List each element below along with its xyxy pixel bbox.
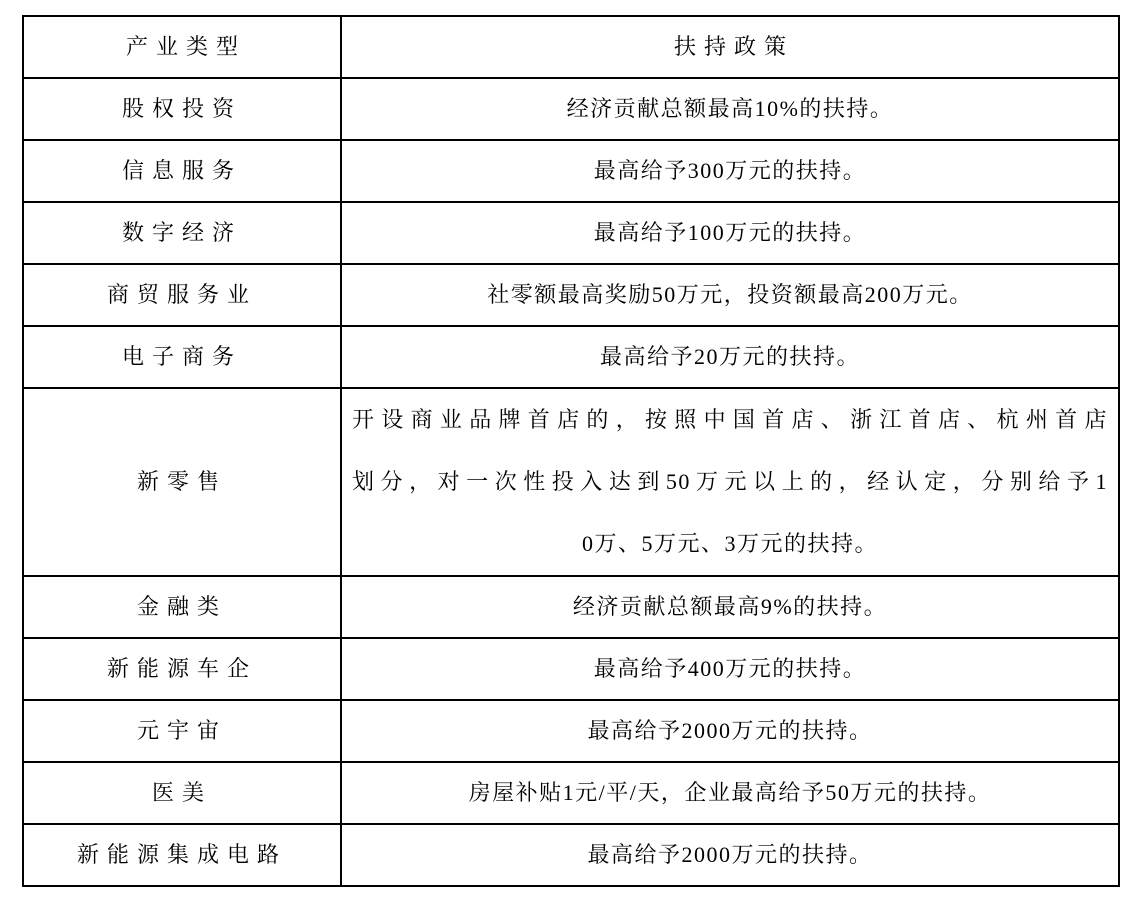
table-row: 医美 房屋补贴1元/平/天，企业最高给予50万元的扶持。	[23, 762, 1119, 824]
industry-cell: 数字经济	[23, 202, 341, 264]
industry-cell: 新能源集成电路	[23, 824, 341, 886]
table-row: 金融类 经济贡献总额最高9%的扶持。	[23, 576, 1119, 638]
document-page: 产业类型 扶持政策 股权投资 经济贡献总额最高10%的扶持。 信息服务 最高给予…	[0, 0, 1146, 900]
policy-cell: 最高给予20万元的扶持。	[341, 326, 1119, 388]
policy-cell: 最高给予2000万元的扶持。	[341, 824, 1119, 886]
table-row: 新能源集成电路 最高给予2000万元的扶持。	[23, 824, 1119, 886]
policy-cell: 经济贡献总额最高10%的扶持。	[341, 78, 1119, 140]
industry-cell: 新零售	[23, 388, 341, 576]
industry-cell: 金融类	[23, 576, 341, 638]
policy-cell: 经济贡献总额最高9%的扶持。	[341, 576, 1119, 638]
table-row: 电子商务 最高给予20万元的扶持。	[23, 326, 1119, 388]
policy-cell: 最高给予100万元的扶持。	[341, 202, 1119, 264]
table-row: 元宇宙 最高给予2000万元的扶持。	[23, 700, 1119, 762]
support-policy-header: 扶持政策	[341, 16, 1119, 78]
policy-cell: 最高给予400万元的扶持。	[341, 638, 1119, 700]
table-row: 新零售 开设商业品牌首店的，按照中国首店、浙江首店、杭州首店 划分，对一次性投入…	[23, 388, 1119, 576]
policy-line: 0万、5万元、3万元的扶持。	[352, 513, 1108, 575]
table-row: 数字经济 最高给予100万元的扶持。	[23, 202, 1119, 264]
policy-cell: 社零额最高奖励50万元，投资额最高200万元。	[341, 264, 1119, 326]
policy-line: 划分，对一次性投入达到50万元以上的，经认定，分别给予1	[352, 451, 1108, 513]
industry-cell: 股权投资	[23, 78, 341, 140]
table-row: 信息服务 最高给予300万元的扶持。	[23, 140, 1119, 202]
table-row: 股权投资 经济贡献总额最高10%的扶持。	[23, 78, 1119, 140]
industry-cell: 信息服务	[23, 140, 341, 202]
policy-cell: 最高给予300万元的扶持。	[341, 140, 1119, 202]
policy-cell: 房屋补贴1元/平/天，企业最高给予50万元的扶持。	[341, 762, 1119, 824]
policy-cell: 最高给予2000万元的扶持。	[341, 700, 1119, 762]
industry-cell: 元宇宙	[23, 700, 341, 762]
industry-cell: 商贸服务业	[23, 264, 341, 326]
industry-type-header: 产业类型	[23, 16, 341, 78]
policy-line: 开设商业品牌首店的，按照中国首店、浙江首店、杭州首店	[352, 389, 1108, 451]
header-row: 产业类型 扶持政策	[23, 16, 1119, 78]
industry-cell: 新能源车企	[23, 638, 341, 700]
industry-cell: 电子商务	[23, 326, 341, 388]
policy-cell: 开设商业品牌首店的，按照中国首店、浙江首店、杭州首店 划分，对一次性投入达到50…	[341, 388, 1119, 576]
industry-cell: 医美	[23, 762, 341, 824]
table-row: 商贸服务业 社零额最高奖励50万元，投资额最高200万元。	[23, 264, 1119, 326]
table-row: 新能源车企 最高给予400万元的扶持。	[23, 638, 1119, 700]
industry-support-policy-table: 产业类型 扶持政策 股权投资 经济贡献总额最高10%的扶持。 信息服务 最高给予…	[22, 15, 1120, 887]
